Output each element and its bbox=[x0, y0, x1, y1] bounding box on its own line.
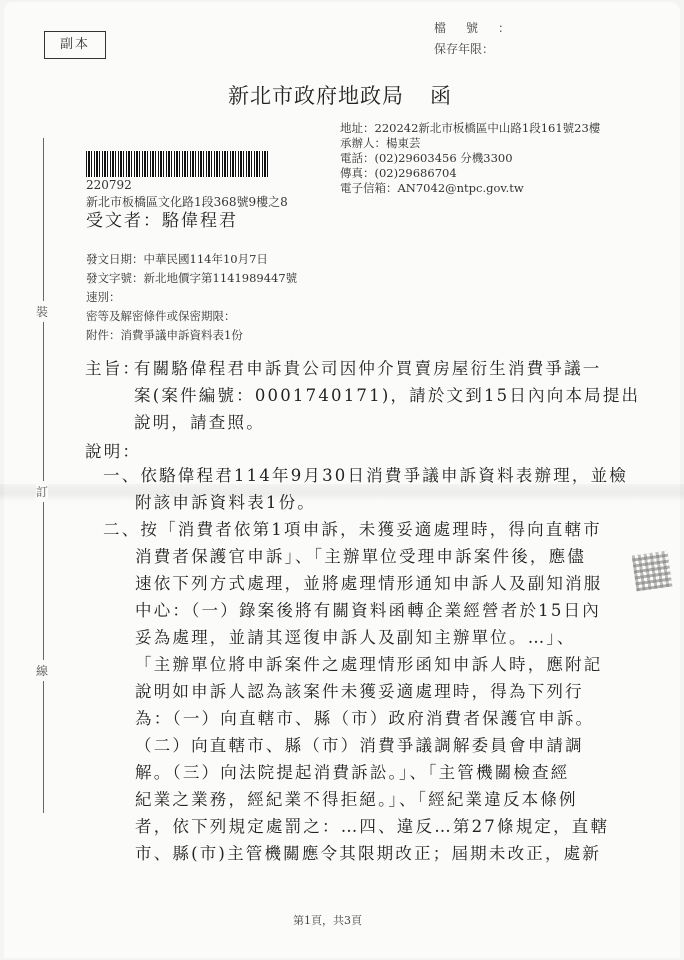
item-line: 消費者保護官申訴」、「主辦單位受理申訴案件後，應儘 bbox=[103, 543, 609, 570]
org-name: 新北市政府地政局 bbox=[228, 84, 404, 108]
phone: 電話：(02)29603456 分機3300 bbox=[340, 151, 600, 166]
handler: 承辦人：楊東芸 bbox=[340, 136, 600, 151]
item-line: （二）向直轄市、縣（市）消費爭議調解委員會申請調 bbox=[103, 732, 609, 759]
item-line: 者，依下列規定處罰之：…四、違反…第27條規定，直轄 bbox=[103, 813, 609, 840]
item-line: 紀業之業務，經紀業不得拒絕。」、「經紀業違反本條例 bbox=[103, 786, 609, 813]
sender-contact: 地址：220242新北市板橋區中山路1段161號23樓 承辦人：楊東芸 電話：(… bbox=[340, 121, 600, 196]
attachment: 附件：消費爭議申訴資料表1份 bbox=[86, 326, 297, 345]
binding-mark-middle: 訂 bbox=[36, 481, 48, 502]
page-indicator: 第1頁，共3頁 bbox=[293, 912, 362, 928]
file-meta: 檔號： 保存年限： bbox=[434, 18, 530, 60]
item-line: 一、依駱偉程君114年9月30日消費爭議申訴資料表辦理，並檢 bbox=[103, 462, 628, 489]
issue-date: 發文日期：中華民國114年10月7日 bbox=[86, 250, 297, 269]
postal-code: 220792 bbox=[86, 178, 132, 192]
speed-class: 速別： bbox=[86, 288, 297, 307]
binding-mark-bottom: 線 bbox=[36, 660, 48, 681]
item-line: 為：（一）向直轄市、縣（市）政府消費者保護官申訴。 bbox=[103, 705, 609, 732]
item-line: 中心：（一）錄案後將有關資料函轉企業經營者於15日內 bbox=[103, 597, 609, 624]
recipient-name: 受文者：駱偉程君 bbox=[86, 206, 238, 231]
classification: 密等及解密條件或保密期限： bbox=[86, 307, 297, 326]
subject-line: 案(案件編號：0001740171)，請於文到15日內向本局提出 bbox=[134, 382, 640, 409]
binding-mark-top: 裝 bbox=[36, 301, 48, 322]
sender-address: 地址：220242新北市板橋區中山路1段161號23樓 bbox=[340, 121, 600, 136]
explanation-item-1: 一、依駱偉程君114年9月30日消費爭議申訴資料表辦理，並檢 附該申訴資料表1份… bbox=[103, 462, 628, 516]
explanation-item-2: 二、按「消費者依第1項申訴，未獲妥適處理時，得向直轄市 消費者保護官申訴」、「主… bbox=[103, 516, 609, 867]
doc-number: 發文字號：新北地價字第1141989447號 bbox=[86, 269, 297, 288]
doc-type: 函 bbox=[430, 84, 452, 108]
document-meta: 發文日期：中華民國114年10月7日 發文字號：新北地價字第1141989447… bbox=[86, 250, 297, 345]
item-line: 說明如申訴人認為該案件未獲妥適處理時，得為下列行 bbox=[103, 678, 609, 705]
subject-body: 有關駱偉程君申訴貴公司因仲介買賣房屋衍生消費爭議一 案(案件編號：0001740… bbox=[134, 355, 640, 436]
fax: 傳真：(02)29686704 bbox=[340, 166, 600, 181]
item-line: 二、按「消費者依第1項申訴，未獲妥適處理時，得向直轄市 bbox=[103, 516, 609, 543]
item-line: 速依下列方式處理，並將處理情形通知申訴人及副知消服 bbox=[103, 570, 609, 597]
subject-label: 主旨： bbox=[85, 355, 141, 382]
item-line: 附該申訴資料表1份。 bbox=[103, 489, 628, 516]
document-title: 新北市政府地政局函 bbox=[228, 80, 452, 110]
binding-line bbox=[43, 138, 44, 813]
barcode bbox=[86, 151, 270, 177]
explanation-label: 說明： bbox=[85, 438, 141, 465]
file-number-label: 檔號： bbox=[434, 18, 530, 39]
subject-line: 說明，請查照。 bbox=[134, 409, 640, 436]
official-seal-stamp bbox=[632, 551, 673, 592]
item-line: 妥為處理，並請其逕復申訴人及副知主辦單位。…」、 bbox=[103, 624, 609, 651]
subject-line: 有關駱偉程君申訴貴公司因仲介買賣房屋衍生消費爭議一 bbox=[134, 355, 640, 382]
retention-period-label: 保存年限： bbox=[434, 39, 530, 60]
item-line: 解。（三）向法院提起消費訴訟。」、「主管機關檢查經 bbox=[103, 759, 609, 786]
email: 電子信箱：AN7042@ntpc.gov.tw bbox=[340, 181, 600, 196]
item-line: 市、縣(市)主管機關應令其限期改正；屆期未改正，處新 bbox=[103, 840, 609, 867]
copy-stamp: 副本 bbox=[44, 31, 106, 59]
item-line: 「主辦單位將申訴案件之處理情形函知申訴人時，應附記 bbox=[103, 651, 609, 678]
